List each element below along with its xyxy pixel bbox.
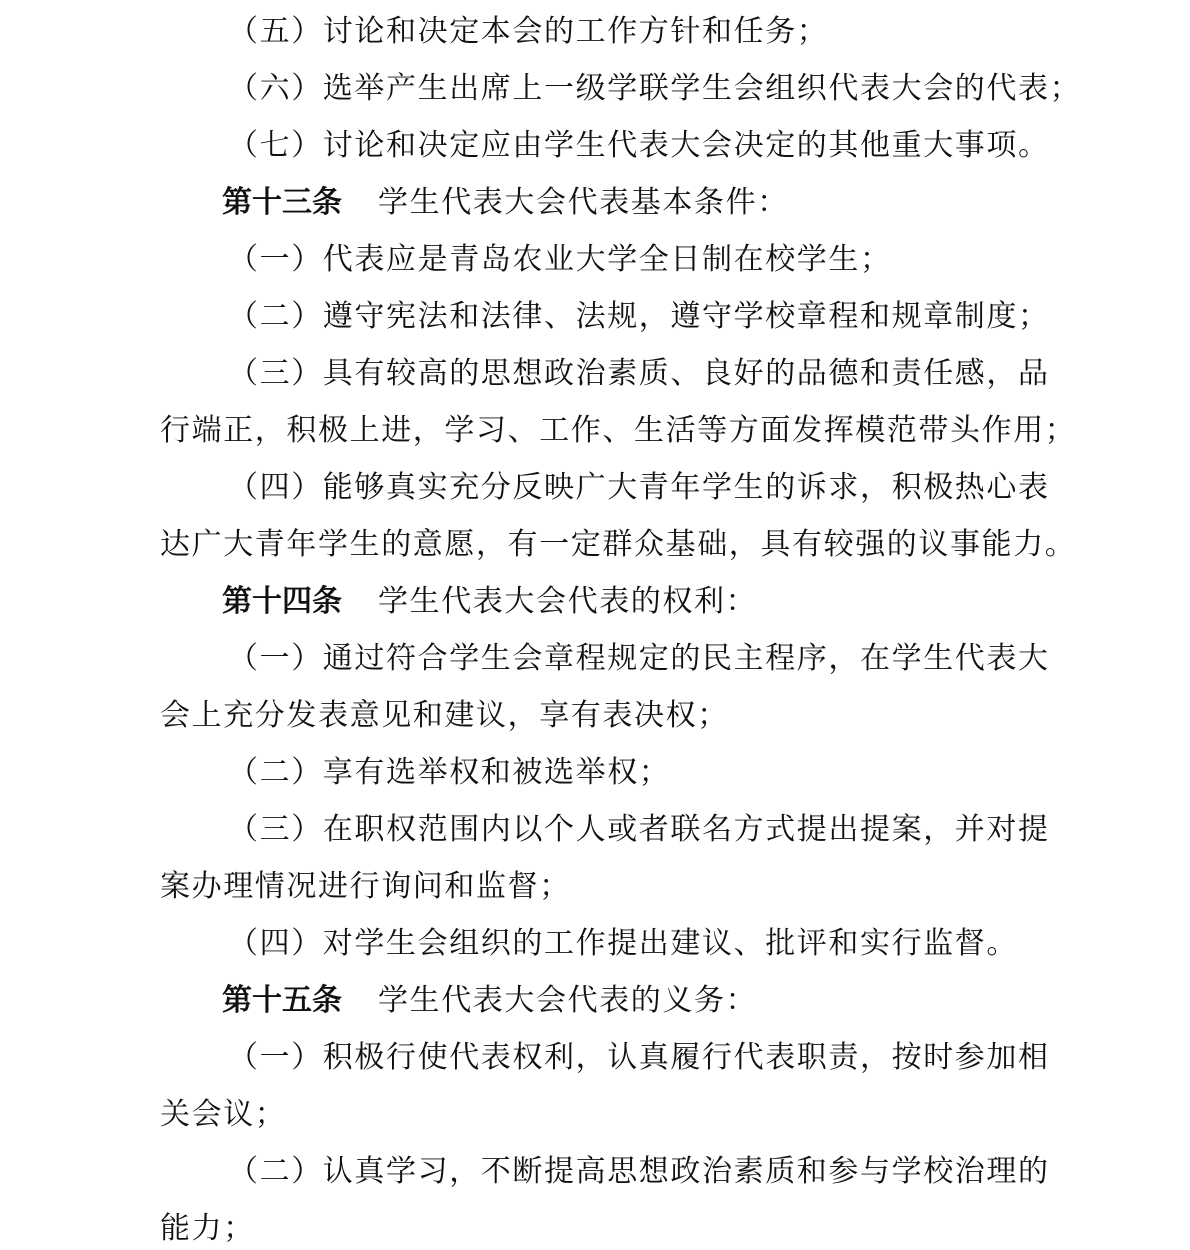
- item-line: （三）在职权范围内以个人或者联名方式提出提案，并对提: [228, 810, 1050, 850]
- article-number: 第十四条: [222, 584, 342, 619]
- item-line: （二）享有选举权和被选举权；: [228, 753, 670, 793]
- item-line: （二）认真学习，不断提高思想政治素质和参与学校治理的: [228, 1152, 1050, 1192]
- article-number: 第十三条: [222, 185, 342, 220]
- item-line: （一）积极行使代表权利，认真履行代表职责，按时参加相: [228, 1038, 1050, 1078]
- item-line: （三）具有较高的思想政治素质、良好的品德和责任感，品: [228, 354, 1050, 394]
- continuation-line: 关会议；: [160, 1095, 286, 1135]
- article-heading: 第十三条学生代表大会代表基本条件：: [222, 183, 789, 223]
- continuation-line: 会上充分发表意见和建议，享有表决权；: [160, 696, 729, 736]
- continuation-line: 达广大青年学生的意愿，有一定群众基础，具有较强的议事能力。: [160, 525, 1076, 565]
- article-text: 学生代表大会代表的权利：: [378, 584, 757, 619]
- document-page: （五）讨论和决定本会的工作方针和任务； （六）选举产生出席上一级学联学生会组织代…: [0, 0, 1190, 1250]
- item-line: （一）代表应是青岛农业大学全日制在校学生；: [228, 240, 892, 280]
- continuation-line: 行端正，积极上进，学习、工作、生活等方面发挥模范带头作用；: [160, 411, 1076, 451]
- item-line: （五）讨论和决定本会的工作方针和任务；: [228, 12, 828, 52]
- article-number: 第十五条: [222, 983, 342, 1018]
- item-line: （一）通过符合学生会章程规定的民主程序，在学生代表大: [228, 639, 1050, 679]
- continuation-line: 案办理情况进行询问和监督；: [160, 867, 571, 907]
- item-line: （四）能够真实充分反映广大青年学生的诉求，积极热心表: [228, 468, 1050, 508]
- item-line: （二）遵守宪法和法律、法规，遵守学校章程和规章制度；: [228, 297, 1050, 337]
- item-line: （七）讨论和决定应由学生代表大会决定的其他重大事项。: [228, 126, 1050, 166]
- continuation-line: 能力；: [160, 1209, 255, 1249]
- item-line: （六）选举产生出席上一级学联学生会组织代表大会的代表；: [228, 69, 1081, 109]
- item-line: （四）对学生会组织的工作提出建议、批评和实行监督。: [228, 924, 1018, 964]
- article-text: 学生代表大会代表基本条件：: [378, 185, 789, 220]
- article-heading: 第十五条学生代表大会代表的义务：: [222, 981, 757, 1021]
- article-heading: 第十四条学生代表大会代表的权利：: [222, 582, 757, 622]
- article-text: 学生代表大会代表的义务：: [378, 983, 757, 1018]
